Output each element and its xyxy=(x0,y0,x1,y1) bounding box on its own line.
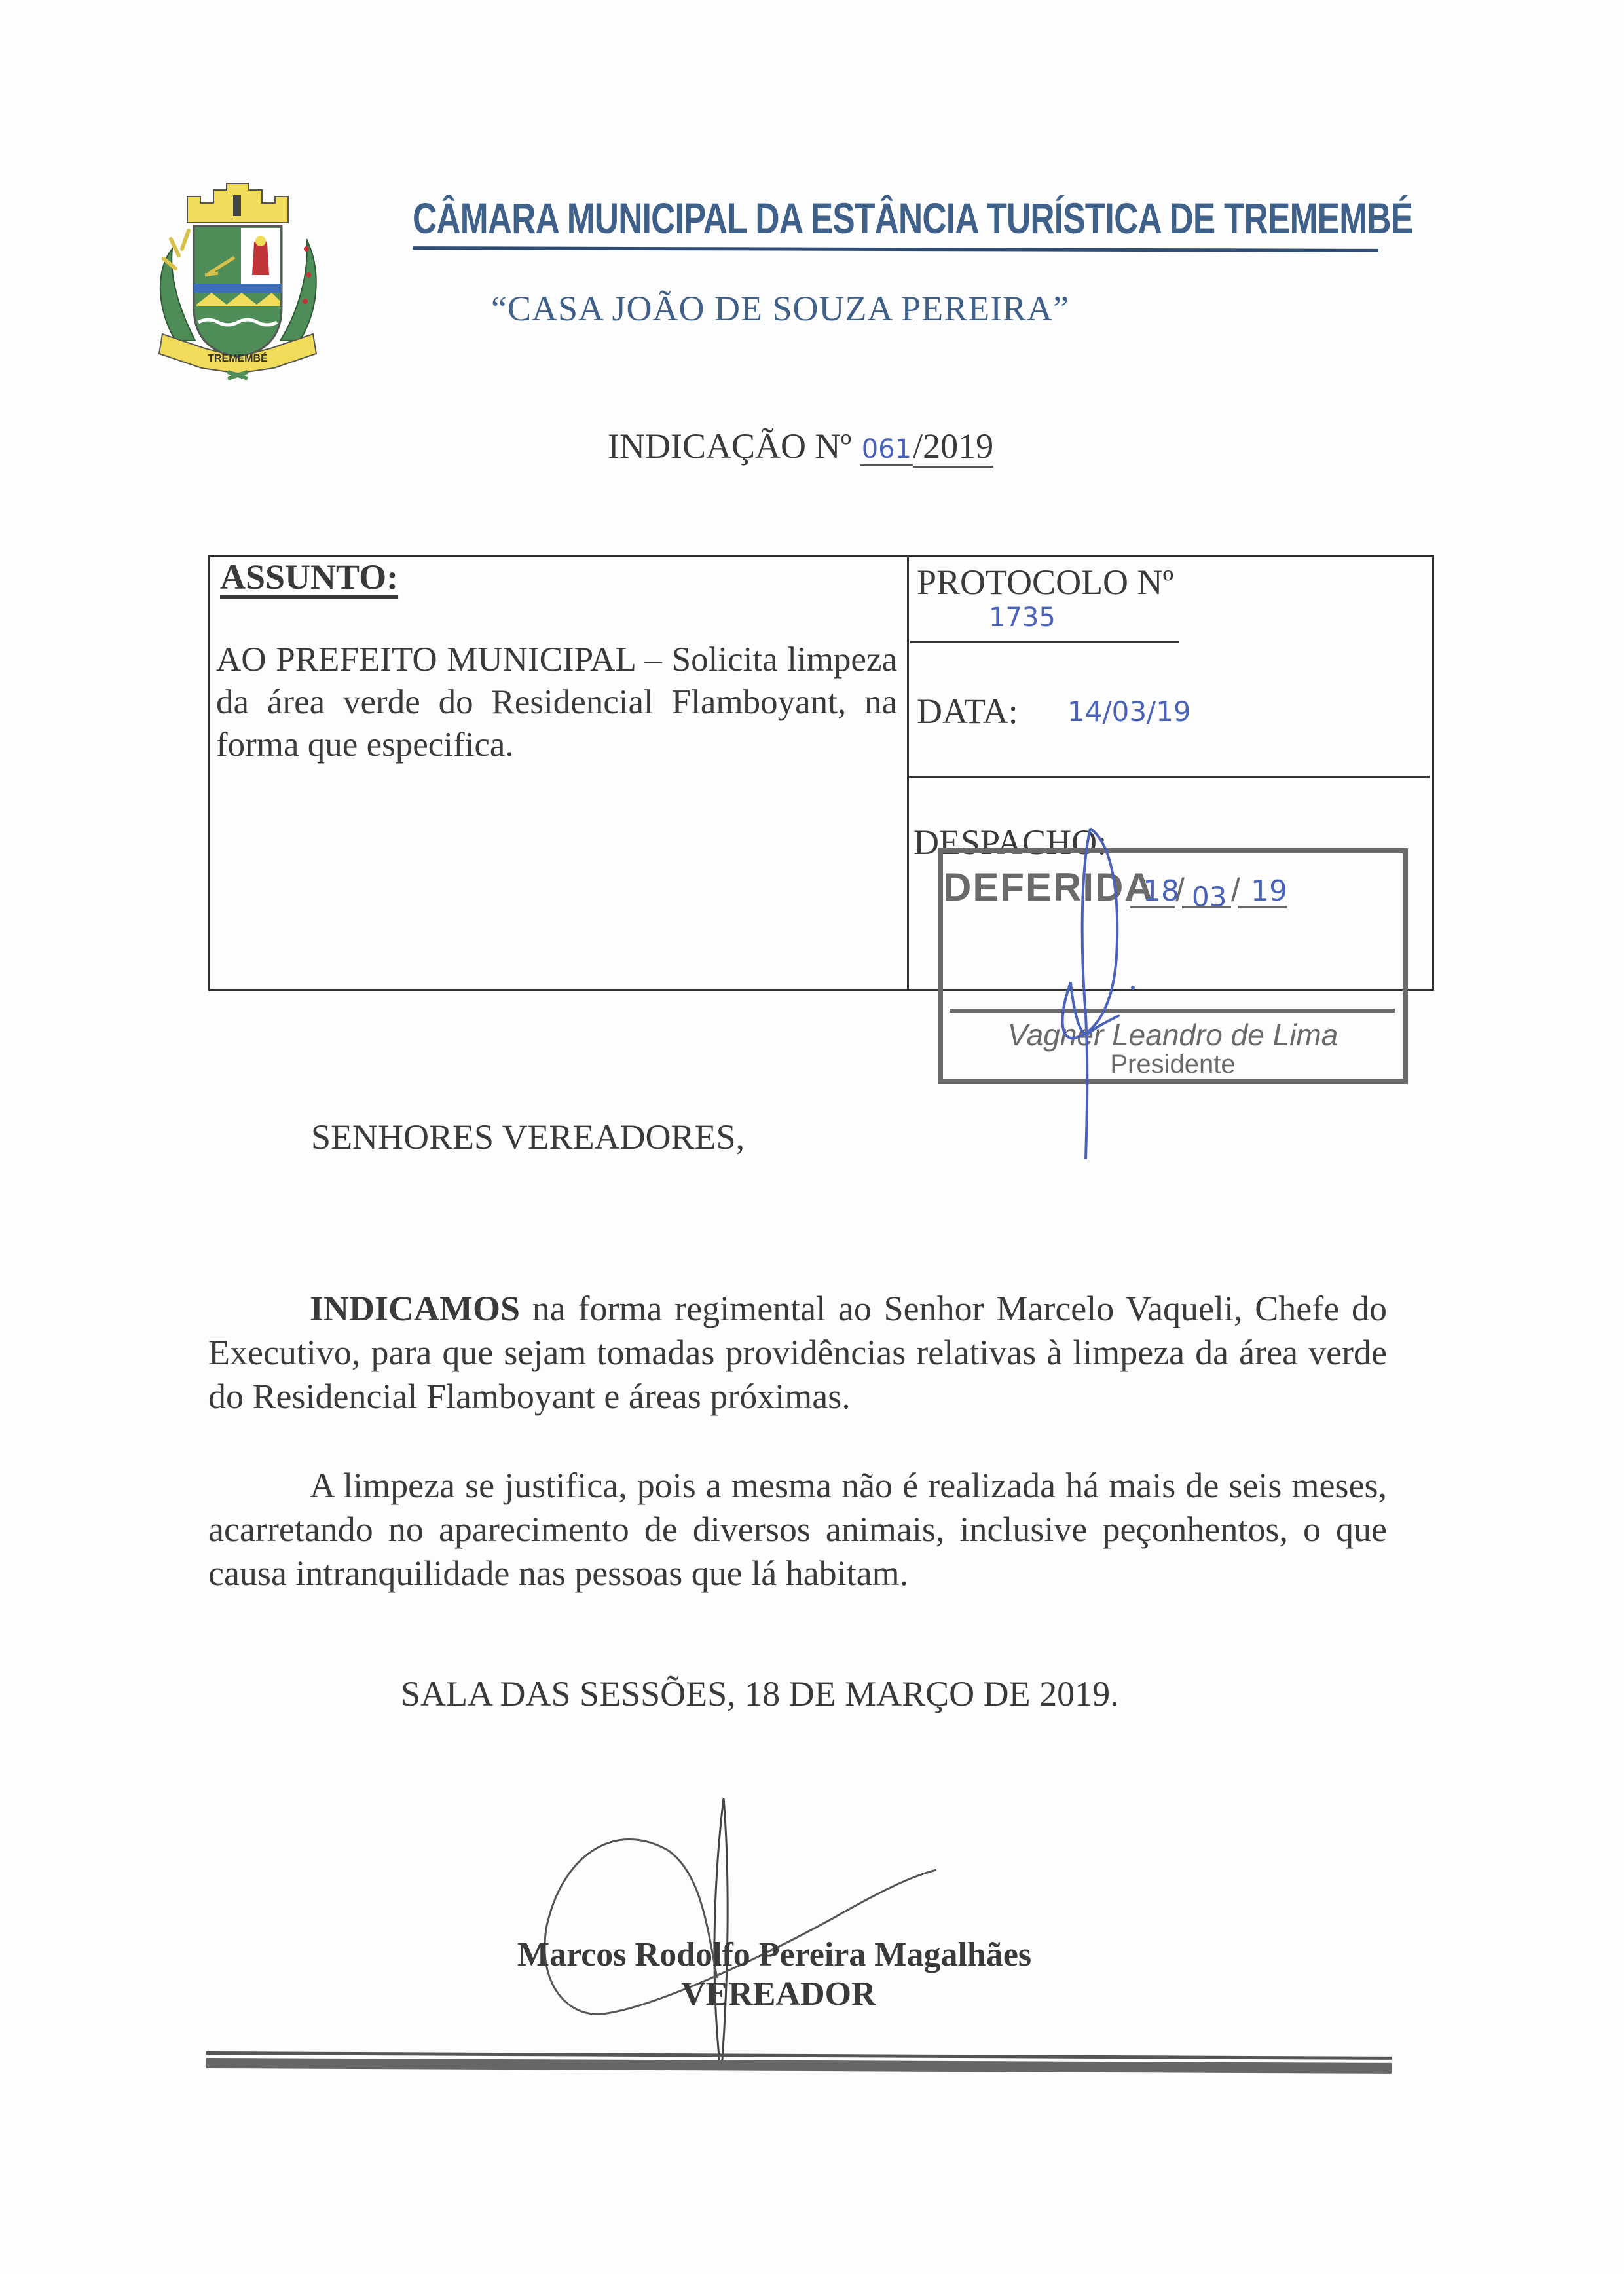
signer-role: VEREADOR xyxy=(681,1975,876,2013)
protocol-label: PROTOCOLO Nº xyxy=(917,562,1173,603)
subject-label: ASSUNTO: xyxy=(220,557,398,597)
paragraph-justification: A limpeza se justifica, pois a mesma não… xyxy=(208,1464,1387,1595)
protocol-blank-line xyxy=(910,641,1179,643)
document-number-year: /2019 xyxy=(913,426,993,468)
document-number-handwritten: 061 xyxy=(860,434,913,466)
document-number: INDICAÇÃO Nº 061/2019 xyxy=(608,426,993,466)
date-separator-line xyxy=(909,776,1430,778)
title-underline xyxy=(413,246,1378,252)
stamp-year: 19 xyxy=(1251,874,1287,908)
stamp-date-separator: / xyxy=(1231,871,1240,909)
stamp-date-separator: / xyxy=(1175,871,1185,909)
signer-name: Marcos Rodolfo Pereira Magalhães xyxy=(517,1935,1031,1974)
session-date-line: SALA DAS SESSÕES, 18 DE MARÇO DE 2019. xyxy=(401,1673,1119,1714)
svg-text:TREMEMBÉ: TREMEMBÉ xyxy=(208,352,268,364)
document-number-prefix: INDICAÇÃO Nº xyxy=(608,426,860,466)
date-label: DATA: xyxy=(917,691,1018,732)
institution-title: CÂMARA MUNICIPAL DA ESTÂNCIA TURÍSTICA D… xyxy=(413,196,1168,240)
coat-of-arms-icon: TREMEMBÉ xyxy=(149,177,326,380)
box-divider xyxy=(907,557,909,990)
councilman-signature-icon xyxy=(485,1781,1008,2083)
date-handwritten: 14/03/19 xyxy=(1067,696,1191,728)
president-signature-icon xyxy=(1035,819,1166,1159)
institution-subtitle: “CASA JOÃO DE SOUZA PEREIRA” xyxy=(491,288,1069,329)
salutation: SENHORES VEREADORES, xyxy=(311,1117,745,1157)
paragraph-request: INDICAMOS na forma regimental ao Senhor … xyxy=(208,1287,1387,1419)
stamp-signer-name: Vagner Leandro de Lima xyxy=(938,1017,1408,1053)
stamp-signature-line xyxy=(950,1009,1395,1013)
stamp-month: 03 xyxy=(1192,881,1227,913)
paragraph-request-lead: INDICAMOS xyxy=(310,1289,520,1328)
subject-text: AO PREFEITO MUNICIPAL – Solicita limpeza… xyxy=(216,639,897,766)
protocol-number-handwritten: 1735 xyxy=(989,603,1056,633)
stamp-signer-role: Presidente xyxy=(938,1050,1408,1079)
